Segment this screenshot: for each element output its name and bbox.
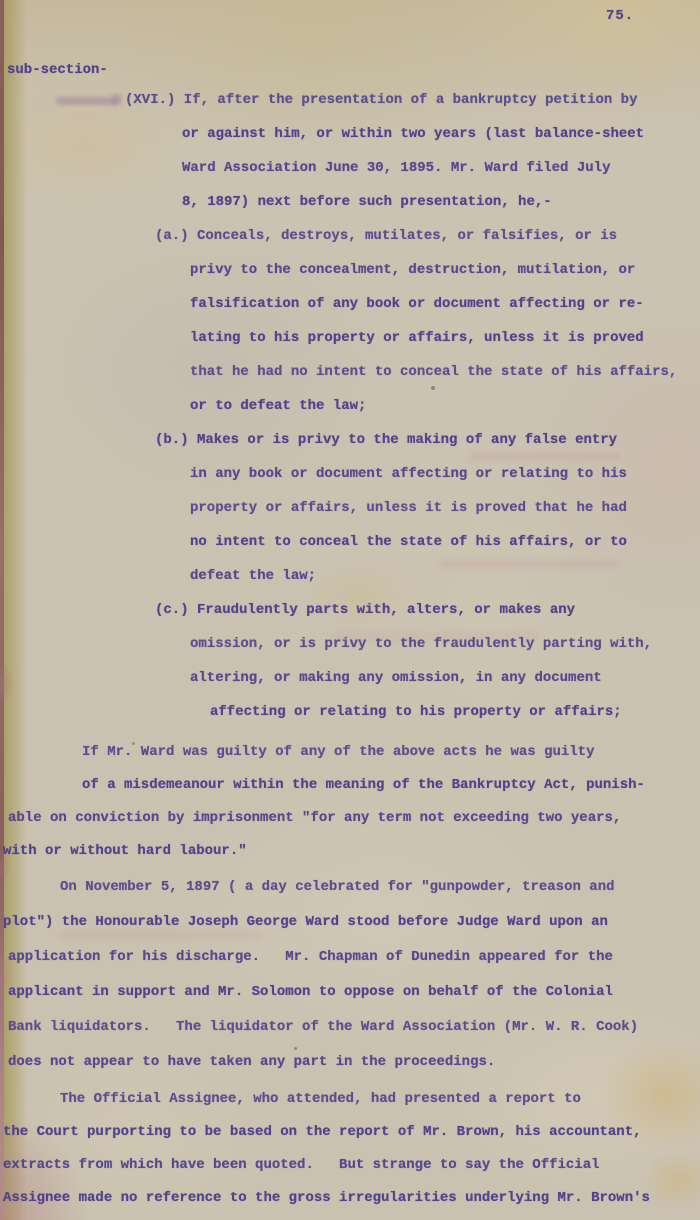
text-line: omission, or is privy to the fraudulentl…: [0, 627, 700, 661]
text-line: or against him, or within two years (las…: [0, 117, 700, 151]
text-line: 8, 1897) next before such presentation, …: [0, 185, 700, 219]
text-line: Bank liquidators. The liquidator of the …: [0, 1010, 700, 1045]
paragraph-hearing: On November 5, 1897 ( a day celebrated f…: [0, 870, 700, 1080]
text-line: Ward Association June 30, 1895. Mr. Ward…: [0, 151, 700, 185]
text-line: defeat the law;: [0, 559, 700, 593]
text-line: (b.) Makes or is privy to the making of …: [0, 423, 700, 457]
text-line: does not appear to have taken any part i…: [0, 1045, 700, 1080]
paragraph-misdemeanour: If Mr. Ward was guilty of any of the abo…: [0, 736, 700, 868]
text-line: with or without hard labour.": [0, 835, 700, 868]
text-line: property or affairs, unless it is proved…: [0, 491, 700, 525]
scanned-document-page: 75. sub-section- (XVI.) If, after the pr…: [0, 0, 700, 1220]
text-line: altering, or making any omission, in any…: [0, 661, 700, 695]
paragraph-assignee: The Official Assignee, who attended, had…: [0, 1083, 700, 1215]
text-line: or to defeat the law;: [0, 389, 700, 423]
page-number: 75.: [606, 8, 634, 24]
text-line: extracts from which have been quoted. Bu…: [0, 1149, 700, 1182]
text-line: lating to his property or affairs, unles…: [0, 321, 700, 355]
text-line: On November 5, 1897 ( a day celebrated f…: [0, 870, 700, 905]
text-line: that he had no intent to conceal the sta…: [0, 355, 700, 389]
paragraph-subsection: (XVI.) If, after the presentation of a b…: [0, 83, 700, 729]
text-line: applicant in support and Mr. Solomon to …: [0, 975, 700, 1010]
text-line: The Official Assignee, who attended, had…: [0, 1083, 700, 1116]
text-line: privy to the concealment, destruction, m…: [0, 253, 700, 287]
text-line: able on conviction by imprisonment "for …: [0, 802, 700, 835]
text-line: plot") the Honourable Joseph George Ward…: [0, 905, 700, 940]
text-line: in any book or document affecting or rel…: [0, 457, 700, 491]
text-line: (XVI.) If, after the presentation of a b…: [0, 83, 700, 117]
text-line: no intent to conceal the state of his af…: [0, 525, 700, 559]
margin-annotation: sub-section-: [7, 62, 108, 78]
text-line: application for his discharge. Mr. Chapm…: [0, 940, 700, 975]
text-line: (a.) Conceals, destroys, mutilates, or f…: [0, 219, 700, 253]
text-line: falsification of any book or document af…: [0, 287, 700, 321]
text-line: affecting or relating to his property or…: [0, 695, 700, 729]
text-line: If Mr. Ward was guilty of any of the abo…: [0, 736, 700, 769]
text-line: Assignee made no reference to the gross …: [0, 1182, 700, 1215]
text-line: (c.) Fraudulently parts with, alters, or…: [0, 593, 700, 627]
text-line: of a misdemeanour within the meaning of …: [0, 769, 700, 802]
text-line: the Court purporting to be based on the …: [0, 1116, 700, 1149]
